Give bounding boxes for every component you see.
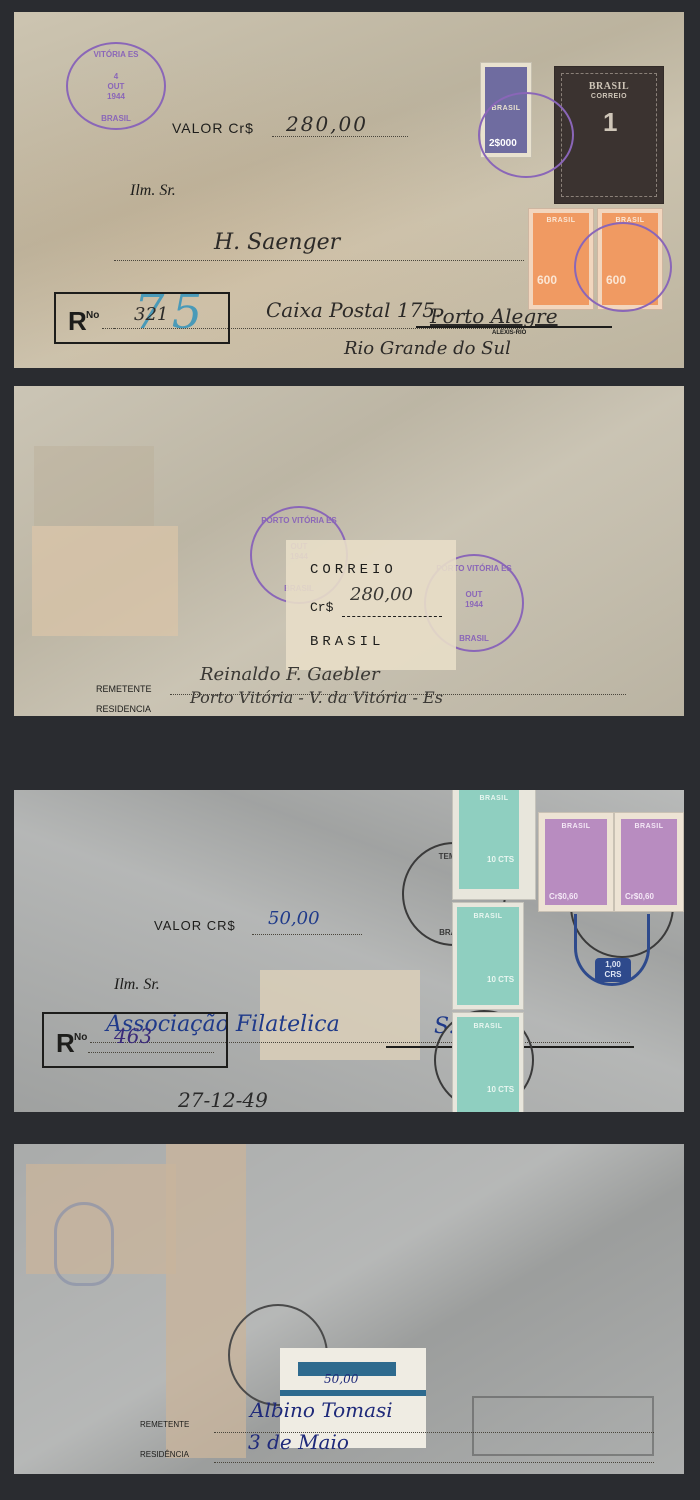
salutation: Ilm. Sr. — [130, 182, 176, 200]
registration-number: 321 — [134, 304, 168, 325]
stamp-10-centavos: BRASIL 10 CTS — [452, 790, 536, 900]
residence-value: Porto Vitória - V. da Vitória - Es — [190, 688, 443, 707]
indicium-showthrough — [54, 1202, 114, 1286]
sender-label: REMETENTE — [140, 1420, 189, 1429]
valor-value: 50,00 — [268, 908, 320, 929]
street: Caixa Postal 175. — [266, 298, 441, 322]
registration-number: 463 — [114, 1024, 152, 1048]
street: 27-12-49 — [178, 1088, 268, 1112]
sender-value: Albino Tomasi — [250, 1398, 393, 1422]
label-value: 280,00 — [350, 584, 413, 605]
sender-label: REMETENTE — [96, 684, 152, 694]
stamp-10-centavos: BRASIL 10 CTS — [452, 1012, 524, 1112]
postmark-on-stamps — [574, 222, 672, 312]
stamp-60-centavos: BRASIL Cr$0,60 — [614, 812, 684, 912]
residence-label: RESIDENCIA — [96, 704, 151, 714]
correio-value-label: CORREIO Cr$ 280,00 BRASIL — [286, 540, 456, 670]
residence-value: 3 de Maio — [248, 1430, 349, 1454]
postmark-on-stamps — [478, 92, 574, 178]
stamp-60-centavos: BRASIL Cr$0,60 — [538, 812, 614, 912]
stamp-10-centavos: BRASIL 10 CTS — [452, 902, 524, 1010]
sender-value: Reinaldo F. Gaebler — [200, 664, 380, 685]
valor-value: 280,00 — [286, 112, 368, 136]
printer-imprint: ALEXIS-RIO — [492, 330, 526, 336]
envelope-1-front: VITÓRIA ES 4 OUT 1944 BRASIL VALOR Cr$ 2… — [14, 12, 684, 368]
registration-box: R No 463 — [42, 1012, 228, 1068]
envelope-3-front: VALOR CR$ 50,00 Ilm. Sr. Associação Fila… — [14, 790, 684, 1112]
registration-box-showthrough — [472, 1396, 654, 1456]
valor-label: VALOR CR$ — [154, 918, 236, 933]
envelope-4-back: 50,00 REMETENTE Albino Tomasi RESIDÊNCIA… — [14, 1144, 684, 1474]
residence-label: RESIDÊNCIA — [140, 1450, 189, 1459]
registration-box: R No 321 — [54, 292, 230, 344]
envelope-2-back: PORTO VITÓRIA ES OUT 1944 BRASIL PORTO V… — [14, 386, 684, 716]
salutation: Ilm. Sr. — [114, 976, 160, 994]
postmark-vitoria: VITÓRIA ES 4 OUT 1944 BRASIL — [66, 42, 166, 130]
label-value: 50,00 — [324, 1372, 358, 1386]
state: Rio Grande do Sul — [344, 338, 511, 359]
addressee: H. Saenger — [214, 230, 340, 255]
valor-label: VALOR Cr$ — [172, 120, 254, 136]
